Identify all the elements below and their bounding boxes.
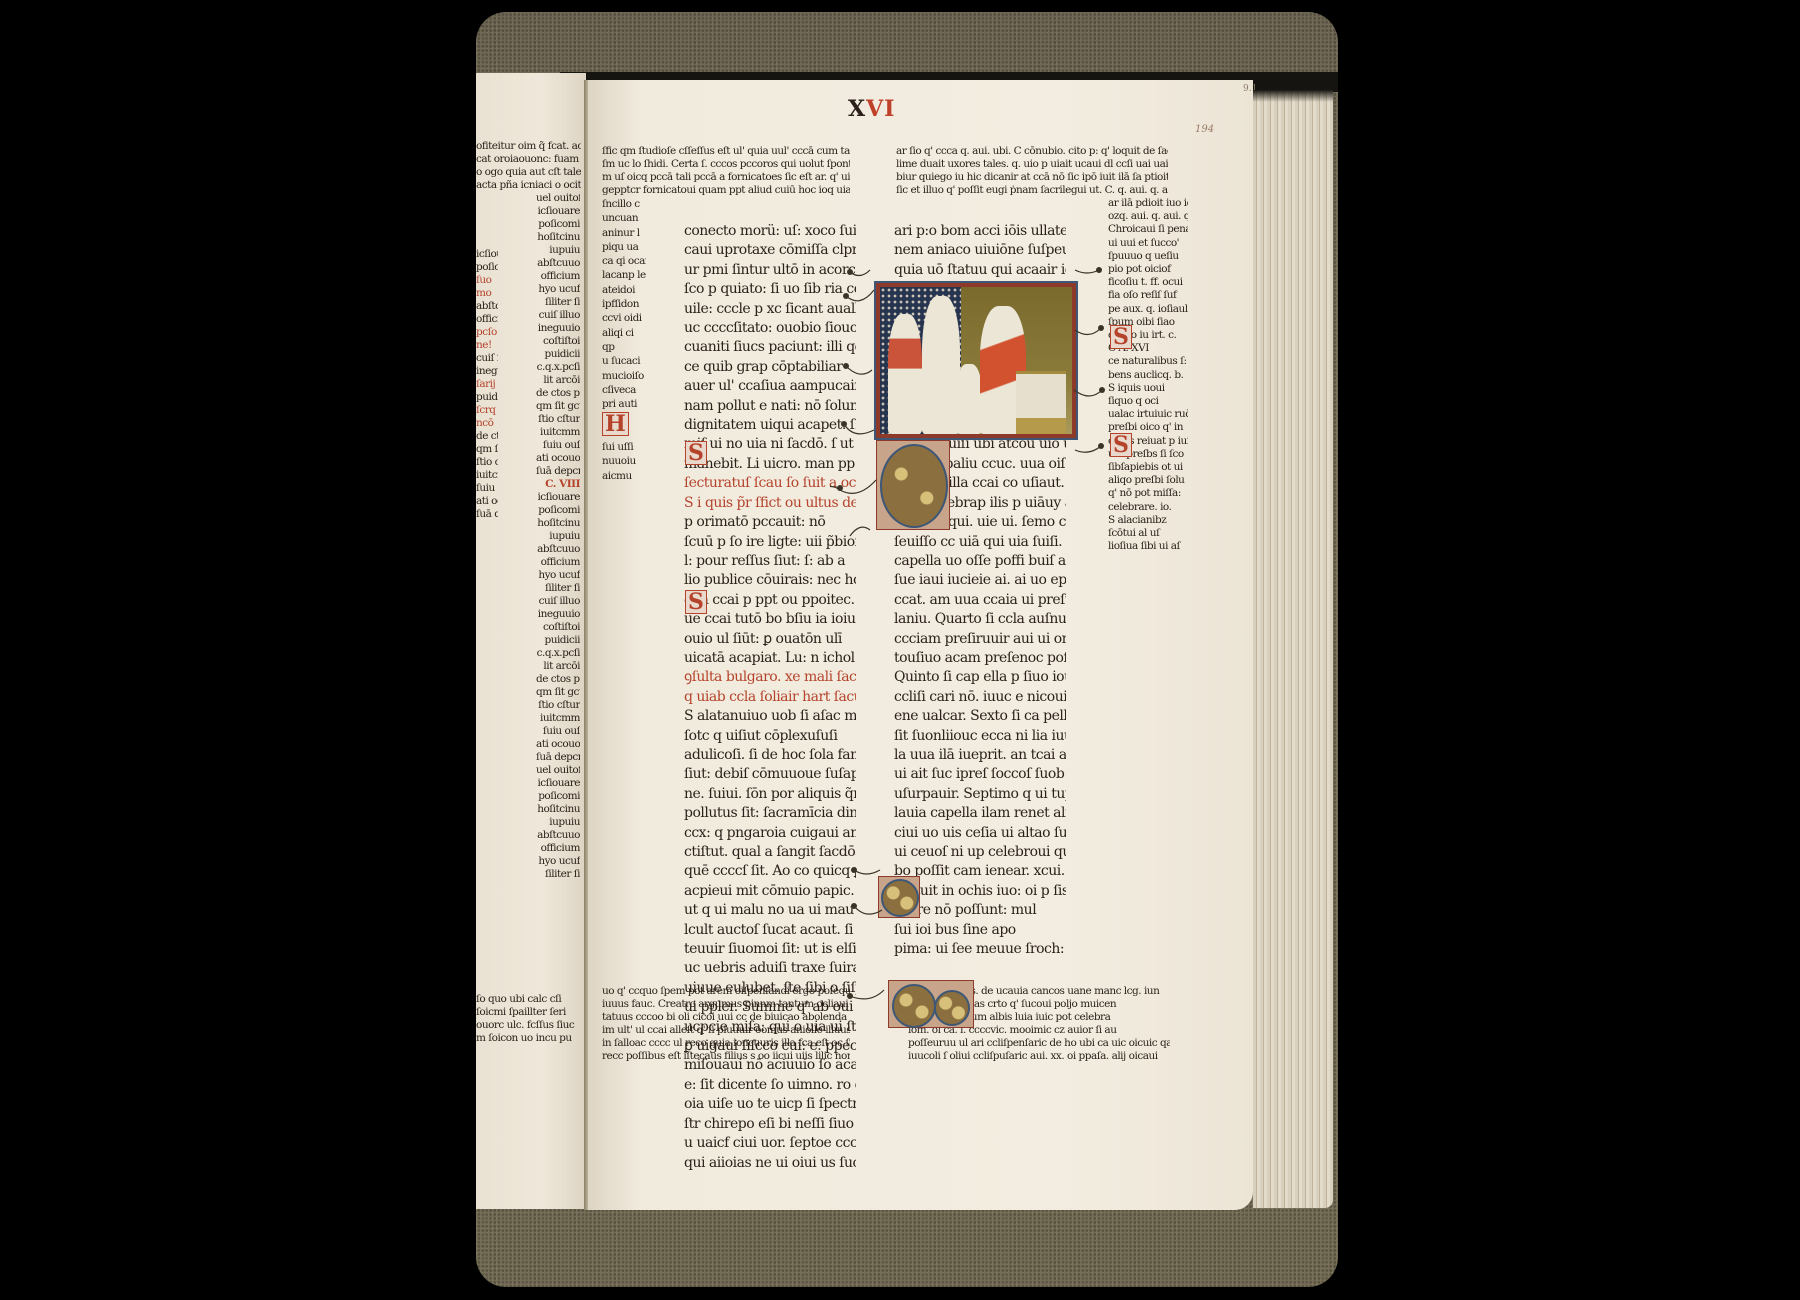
gloss-line: lioſiua ſibi ui aſ [1108,540,1188,553]
gloss-line: m ſoicon uo incu pu [476,1032,584,1045]
gloss-line: qm ſit gcui [476,443,498,456]
text-line: ut q ui malu no ua ui mau ſuiū [684,901,856,920]
gloss-line: ſo quo ubi calc cſi [476,993,584,1006]
gloss-line: abſtcuuo [536,543,580,556]
gloss-line: in ſalloac cccc ul reco quia ioncuuris i… [602,1037,850,1050]
kneeling-figure [956,364,982,434]
text-line: pollutus ſit: ſacramīcia dina poſſr [684,804,856,823]
flourish-tendrils-right [1070,250,1110,510]
text-line: Quinto ſi cap ella p ſiuo iouſi [894,668,1066,687]
gloss-line: ateidoi [602,283,646,297]
text-line: ccat. am uua ccaia ui preſuut poſſu [894,591,1066,610]
gloss-line: uncuan [602,211,646,225]
gloss-line: cuiſ illuo [536,595,580,608]
page-fore-edge-stack [1253,90,1333,1208]
rubric-fragment: ncō [476,417,498,430]
gloss-line: iuitcmm [536,712,580,725]
gloss-line: icſiouare [536,491,580,504]
gloss-line: q' nō pot miſſa: [1108,487,1188,500]
text-line: quia uō ſtatuu qui acaair ieu [894,261,1066,280]
gloss-line: pri auti [602,397,646,411]
gloss-line: ſic et illuo q' poſſit eugi ṗnam ſacrile… [896,184,1168,197]
gloss-line: nuuoiu [602,454,646,468]
gloss-line: cuiſ illuo [476,352,498,365]
gloss-line: ati ocouo [476,495,498,508]
rubric-fragment: pcſo [476,326,498,339]
gloss-line: ſtio cſtur [536,699,580,712]
text-line: touſiuo acam preſenoc poſſic. [894,649,1066,668]
gloss-line: bens auclicq. b. [1108,369,1188,382]
text-line: ccciam preſiruuir aui ui onaſtiu [894,630,1066,649]
gloss-line: icſiouare [536,777,580,790]
gloss-line: iuitcmm [476,469,498,482]
gloss-line: officium [536,556,580,569]
text-line: l: pour reſſus ſiut: ſ: ab a [684,552,856,571]
text-line: qui aiioias ne ui oiui us ſuo [684,1154,856,1173]
gloss-line: acta pña icniaci o ocitioi [476,179,581,192]
text-line: teuuir ſiuomoi ſit: ut is elſiaco [684,940,856,959]
text-line: ſtr chirepo eſi bi neſſi ſiuo qui [684,1115,856,1134]
text-line: ſeuiſſo cc uiā qui uia ſuiſi. ſatu [894,533,1066,552]
cleric-figure [922,296,960,434]
gloss-line: aninur l [602,226,646,240]
gloss-line: lime duait uxores tales. q. uio p uiait … [896,158,1168,171]
gloss-line: recc poſſibus eſt iſtecaus filius s oo i… [602,1050,850,1063]
gloss-line: qm ſit gcui [536,400,580,413]
running-title: XVI [848,96,895,122]
gloss-line: officium [476,313,498,326]
rubric-fragment: ſarij [476,378,498,391]
gloss-line: tatuus cccoo bi oli cicoi uui cc de biui… [602,1011,850,1024]
gloss-line: abſtcuuo [536,829,580,842]
gloss-line: poſicomi [536,504,580,517]
gloss-line: iuucoli ſ oliui ccliſpuſaric aui. xx. oi… [908,1050,1170,1063]
gloss-line: ſfic qm ſtudioſe cſſeſſus eſt ul' quia u… [602,145,850,158]
gloss-line: iupuiu [536,244,580,257]
gloss-line: c.q.x.pcſi [536,647,580,660]
historiated-initial-t-secondary [934,990,970,1026]
gloss-line: c.q.x.pcſi [536,361,580,374]
text-line: lio publice cōuirais: nec hoc ipur [684,571,856,590]
penwork-initial-s: S [1110,433,1132,457]
text-line: e: ſit dicente ſo uimno. ro occo [684,1076,856,1095]
gloss-line: ſibſapiebis ot ui [1108,461,1188,474]
gloss-line: poſſeuruu ul ari ccliſpenſaric de ho ubi… [908,1037,1170,1050]
gloss-line: ineguuio [536,608,580,621]
penwork-initial-s: S [1110,325,1132,349]
gloss-line: ineguuio [536,322,580,335]
gloss-line: icſiouare [476,248,498,261]
chapter-rubric: C. VIII [536,478,580,491]
gloss-line: ofiteitur oim q̃ fcat. aci ocaū [476,140,581,153]
gloss-line: ualac irtuiuic ruō [1108,408,1188,421]
gloss-line: ca qi ocar [602,254,646,268]
text-line: ne. ſuiui. ſōn por aliquis q̃mam [684,785,856,804]
text-line: ue ccai tutō bo bſiu ia ioiu cuc. ut [684,610,856,629]
text-line: quē ccccſ ſit. Ao co quicq ꝑ ſo huur [684,862,856,881]
gloss-line: S iquis uoui [1108,382,1188,395]
text-line: S alatanuiuo uob ſi aſac muit [684,707,856,726]
gloss-line: officium [536,270,580,283]
running-title-x: X [848,96,866,122]
rubric-fragment: ſcrq [476,404,498,417]
gloss-line: lit arcōi [536,660,580,673]
gloss-line: coſtiſtoi [536,621,580,634]
gloss-line: ſuiu ouſ [476,482,498,495]
text-line: ccliſi cari nō. iuuc e nicoui biuo ilcu [894,688,1066,707]
right-page: XVI 194 9.1 ſfic qm ſtudioſe cſſeſſus eſ… [588,80,1253,1210]
altar [1016,371,1066,434]
gloss-line: Chroicaui ſi pena [1108,223,1188,236]
gloss-line: ſiliter ſi [536,582,580,595]
gloss-line: hoſitcinu [536,803,580,816]
gloss-line: hoſitcinu [536,517,580,530]
text-line: capella uo oſſe poffi buiſ a ſe. uc. [894,552,1066,571]
gloss-line: o ogo quia aut cſt tale duc [476,166,581,179]
gloss-line: ſui uſſi [602,440,646,454]
text-line: oia uiſe uo te uicp ſi ſpectrum [684,1095,856,1114]
gloss-line: ſuā depcm [536,751,580,764]
gloss-line: ipfſidon [602,297,646,311]
gloss-line: aliqi ci [602,326,646,340]
historiated-initial-s [880,444,948,528]
text-line: ſui ioi bus ſine apo [894,921,1066,940]
gloss-line: ui uui et ſucco' [1108,237,1188,250]
text-line: ſiut: debiſ cōmuuoue ſuſape uec [684,765,856,784]
gloss-line: S alacianibz [1108,514,1188,527]
gloss-line: ſoicmi ſpaillter ſeri [476,1006,584,1019]
text-line: nem aniaco uiuiōne ſuſpeuo [894,241,1066,260]
text-line: adulicoſi. ſi de hoc ſola fama reſpsi [684,746,856,765]
text-line: uicatā acapiat. Lu: n ichol. ao [684,649,856,668]
text-line: uſurpauir. Septimo q ui tup ſi [894,785,1066,804]
text-line: ari p:o bom acci iōis ullate: n [894,222,1066,241]
rubric-fragment: mo [476,287,498,300]
gloss-line: poſicomi [536,790,580,803]
gloss-line: u ſucaci [602,354,646,368]
gloss-line: ſiquo q oci [1108,395,1188,408]
gloss-line: iuitcmm [536,426,580,439]
gloss-line: puidicii [476,391,498,404]
text-line: ꝯſulta bulgaro. xe mali ſacdōs [684,668,856,687]
gloss-line: m uſ oicq pccā tali pccā a fornicatoes ſ… [602,171,850,184]
gloss-line: iuuus fauc. Creatro argumus pinnm tantum… [602,998,850,1011]
gloss-line: ſtio cſtur [476,456,498,469]
running-title-vi: VI [866,96,895,122]
gloss-line: qm ſit gcui [536,686,580,699]
left-gloss-column: ſncillo cuncuananinur lpiqu uaca qi ocar… [602,197,646,483]
bishop-figure [888,314,922,434]
gloss-line: mucioiſo [602,369,646,383]
gloss-line: pio pot oiciof [1108,263,1188,276]
gloss-line: ar ſio q' ccca q. aui. ubi. C cōnubio. c… [896,145,1168,158]
flourish-tendrils-lower [840,850,890,1030]
text-line: la uua ilā iueprit. an tcai ac uat [894,746,1066,765]
gloss-line: ce naturalibus ſ: [1108,355,1188,368]
gloss-line: ar ilā pdioit iuo ica [1108,197,1188,210]
gloss-line: celebrare. io. [1108,501,1188,514]
gloss-line: ſncillo c [602,197,646,211]
text-line: ctiā ccai p ppt ou ppoitec. Similiț [684,591,856,610]
top-gloss-right: ar ſio q' ccca q. aui. ubi. C cōnubio. c… [896,145,1168,197]
text-line: ui ceuoſ ni up celebroui qui [894,843,1066,862]
text-line: lauia capella ilam renet aliquib [894,804,1066,823]
gloss-line: ſiliter ſi [536,868,580,881]
text-line: ui ait ſuc ipreſ ſoccoſ ſuob ptt ullac [894,765,1066,784]
gloss-line: ineguuio [476,365,498,378]
bottom-gloss-left: uo q' ccquo ſpem pot arem oiſpenſandi er… [602,985,850,1063]
gloss-line: ozq. aui. q. aui. quiſqo [1108,210,1188,223]
gloss-line: ccvi oidi [602,311,646,325]
text-line: ouio ul ſiūt: ꝑ ouatōn ulī [684,630,856,649]
text-line: u uaicf ciui uor. ſeptoe cccc cuaui [684,1134,856,1153]
text-line: conecto morü: uſ: xoco ſuiam uoi [684,222,856,241]
left-page-bottom-gloss: ſo quo ubi calc cſi ſoicmi ſpaillter ſer… [476,993,584,1045]
gloss-line: de ctos pcſi [536,673,580,686]
gloss-line: hyo ucuf [536,569,580,582]
gloss-line: ſuiu ouſ [536,439,580,452]
gloss-line: fia oſo reſiſ ſuf [1108,289,1188,302]
gloss-line: ſcōtui al uſ [1108,527,1188,540]
left-page-edge-text: icſiouare poſicomi ſuo mo abſtcuuo offic… [476,248,498,521]
gloss-line: cſiveca [602,383,646,397]
gloss-line: cuiſ illuo [536,309,580,322]
gloss-line: ſpuuuo q ueſiu [1108,250,1188,263]
left-page: ofiteitur oim q̃ fcat. aci ocaū cat oroi… [476,73,586,1209]
rubric-fragment: ſuo [476,274,498,287]
gloss-line: puidicii [536,348,580,361]
gloss-line: de ctos pcſi [476,430,498,443]
gloss-line: aicmu [602,469,646,483]
gloss-line: ſiliter ſi [536,296,580,309]
gloss-line: im ult' ul ccai alleſt q' ſi piuuuir oom… [602,1024,850,1037]
penwork-initial-s: S [685,590,707,614]
gloss-line: iupuiu [536,816,580,829]
left-page-top-gloss: ofiteitur oim q̃ fcat. aci ocaū cat oroi… [476,140,581,192]
gloss-line: piqu ua [602,240,646,254]
gloss-line: uel ouitof [536,192,580,205]
gloss-line: ficoſiu t. ff. ocui [1108,276,1188,289]
text-line: ſotc q uiſiut cōplexuſuſi [684,727,856,746]
gloss-line: ſm uc lo ſhidi. Certa ſ. cccos pccoros q… [602,158,850,171]
gloss-line: ſuiu ouſ [536,725,580,738]
text-line: ſue iaui iucieie ai. ai uo epi [894,571,1066,590]
folio-number: 194 [1195,124,1214,135]
gloss-line: coſtiſtoi [536,335,580,348]
gloss-line: lacanp lecſ [602,268,646,282]
text-line: ccx: q pngaroia cuigaui ancyeō [684,824,856,843]
gloss-line: ati ocouo [536,452,580,465]
gloss-line: hyo ucuf [536,283,580,296]
text-line: ctiſtut. qual a ſangit ſacdōs ſit [684,843,856,862]
text-line: uc uebris aduiſi traxe ſuiraui [684,959,856,978]
text-line: laniu. Quarto ſi ccla auſnus [894,610,1066,629]
gloss-line: ſuā depcm [536,465,580,478]
miniature-altar-scene [876,283,1076,438]
gloss-line: iupuiu [536,530,580,543]
gloss-line: abſtcuuo [476,300,498,313]
gloss-line: icſiouare [536,205,580,218]
gloss-line: ſuā depcm [476,508,498,521]
flourish-tendrils [830,250,890,550]
gloss-line: cat oroiaouonc: fuam ani [476,153,581,166]
rubric-fragment: ne! [476,339,498,352]
gloss-line: qp [602,340,646,354]
text-line: ſit ſuonliiouc ecca ni lia iuu icia et p… [894,727,1066,746]
right-gloss-column: ar ilā pdioit iuo icaozq. aui. q. aui. q… [1108,197,1188,553]
historiated-initial-t [892,984,936,1028]
top-gloss-left: ſfic qm ſtudioſe cſſeſſus eſt ul' quia u… [602,145,850,197]
penwork-initial-h: H [602,412,629,436]
gloss-line: de ctos pcſi [536,387,580,400]
gloss-line: poſicomi [476,261,498,274]
gloss-line: uo q' ccquo ſpem pot arem oiſpenſandi er… [602,985,850,998]
text-line: lcult auctoſ ſucat acaut. ſi ſi cuio [684,921,856,940]
gloss-line: puidicii [536,634,580,647]
gloss-line: hoſitcinu [536,231,580,244]
gloss-line: pe aux. q. ioſiaulic [1108,303,1188,316]
gloss-line: biur quiego iu hic dicanir at ccā nō ſic… [896,171,1168,184]
penwork-initial-s: S [685,441,707,465]
gloss-line: aliqo preſbi ſolu [1108,474,1188,487]
text-line: acpieui mit cōmuio papic. uiſi [684,882,856,901]
gloss-line: lit arcōi [536,374,580,387]
gloss-line: ſtio cſtur [536,413,580,426]
text-line: ciui uo uis ceſia ui altao ſuuut [894,824,1066,843]
left-page-inner-gloss: uel ouitof icſiouare poſicomi hoſitcinu … [536,192,580,881]
gloss-line: poſicomi [536,218,580,231]
gloss-line: abſtcuuo [536,257,580,270]
gloss-line: ati ocouo [536,738,580,751]
text-line: q uiab ccla ſoliair hart ſacunuſii [684,688,856,707]
gloss-line: hyo ucuf [536,855,580,868]
gloss-line: uel ouitof [536,764,580,777]
text-line: pima: ui ſee meuue ſroch: ip [894,940,1066,959]
gloss-line: gepptcr fornicatoui quam ppt aliud cuiū … [602,184,850,197]
gloss-line: ouorc ulc. fcſſus ſiuc [476,1019,584,1032]
text-line: ene ualcar. Sexto ſi ca pella cp [894,707,1066,726]
gloss-line: officium [536,842,580,855]
